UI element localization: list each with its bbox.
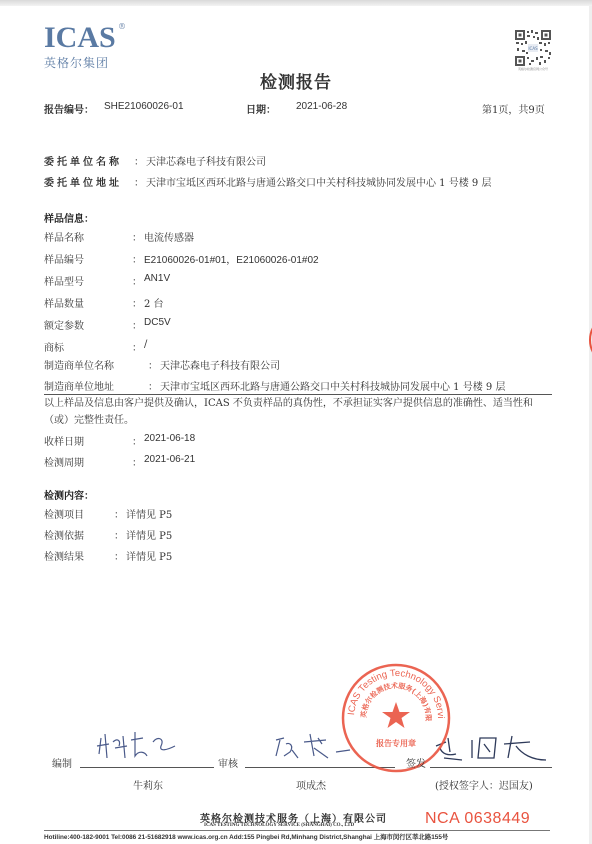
disclaimer: 以上样品及信息由客户提供及确认，ICAS 不负责样品的真伪性，不承担证实客户提供… [44, 395, 544, 429]
report-date: 2021-06-28 [296, 101, 347, 112]
test-value: 详情见 P5 [126, 506, 172, 521]
sample-label: 样品型号 [44, 273, 84, 288]
svg-text:ICAS: ICAS [528, 46, 538, 51]
serial-number: NCA 0638449 [425, 810, 530, 828]
client-address-label: 委托单位地址 [44, 174, 122, 189]
test-label: 检测结果 [44, 548, 84, 563]
sample-value: 2 台 [144, 295, 164, 310]
colon: ： [134, 153, 144, 168]
colon: ： [132, 273, 142, 288]
sample-label: 额定参数 [44, 317, 84, 332]
sample-value: 天津市宝坻区西环北路与唐通公路交口中关村科技城协同发展中心 1 号楼 9 层 [160, 378, 505, 393]
client-address: 天津市宝坻区西环北路与唐通公路交口中关村科技城协同发展中心 1 号楼 9 层 [146, 174, 491, 189]
colon: ： [114, 527, 124, 542]
registered-mark: ® [118, 22, 126, 31]
colon: ： [134, 174, 144, 189]
issued-by-label: 签发 [406, 755, 426, 770]
colon: ： [132, 433, 142, 448]
report-number-label: 报告编号： [44, 101, 94, 116]
test-value: 详情见 P5 [126, 527, 172, 542]
colon: ： [132, 229, 142, 244]
compiled-by-label: 编制 [52, 755, 72, 770]
test-period: 2021-06-21 [144, 454, 195, 465]
test-label: 检测依据 [44, 527, 84, 542]
official-seal-stamp: ICAS Testing Technology Service (Shangha… [340, 662, 452, 774]
report-number: SHE21060026-01 [104, 101, 184, 112]
colon: ： [132, 339, 142, 354]
sample-label: 样品名称 [44, 229, 84, 244]
reviewed-by-name: 项成杰 [296, 777, 326, 792]
test-label: 检测项目 [44, 506, 84, 521]
sample-value: DC5V [144, 317, 171, 328]
footer-company-en: ICAS TESTING TECHNOLOGY SERVICE (SHANGHA… [204, 823, 354, 828]
test-value: 详情见 P5 [126, 548, 172, 563]
colon: ： [132, 251, 142, 266]
colon: ： [114, 506, 124, 521]
sample-label: 样品编号 [44, 251, 84, 266]
sample-label: 制造商单位地址 [44, 378, 114, 393]
sample-value: E21060026-01#01，E21060026-01#02 [144, 251, 319, 266]
sample-value: AN1V [144, 273, 170, 284]
report-title: 检测报告 [0, 68, 592, 93]
compiled-signature [95, 728, 185, 764]
sample-value: / [144, 339, 147, 350]
date-label: 日期： [246, 101, 276, 116]
compiled-by-name: 牛莉东 [133, 777, 163, 792]
scan-top-edge [0, 0, 592, 6]
sample-label: 制造商单位名称 [44, 357, 114, 372]
svg-text:报告专用章: 报告专用章 [376, 738, 416, 748]
test-content-heading: 检测内容： [44, 487, 94, 502]
qr-code-icon: ICAS [515, 30, 551, 66]
page-info: 第1页，共9页 [482, 101, 545, 116]
footer-divider [44, 830, 550, 831]
sample-label: 商标 [44, 339, 64, 354]
logo-wordmark: ICAS [44, 24, 116, 52]
sample-value: 天津芯森电子科技有限公司 [160, 357, 280, 372]
compiled-signature-line [80, 767, 214, 768]
colon: ： [114, 548, 124, 563]
date-row-label: 收样日期 [44, 433, 84, 448]
receive-date: 2021-06-18 [144, 433, 195, 444]
colon: ： [132, 317, 142, 332]
sample-value: 电流传感器 [144, 229, 194, 244]
colon: ： [132, 295, 142, 310]
colon: ： [148, 357, 158, 372]
issued-by-name: (授权签字人：迟国友) [435, 777, 533, 792]
sample-info-heading: 样品信息： [44, 210, 94, 225]
colon: ： [148, 378, 158, 393]
client-name: 天津芯森电子科技有限公司 [146, 153, 266, 168]
colon: ： [132, 454, 142, 469]
footer-contact: Hotiline:400-182-9001 Tel:0086 21-516829… [44, 832, 448, 841]
icas-logo: ICAS ® 英格尔集团 [44, 24, 116, 71]
date-row-label: 检测周期 [44, 454, 84, 469]
reviewed-by-label: 审核 [218, 755, 238, 770]
partial-seal-edge [586, 310, 592, 370]
client-name-label: 委托单位名称 [44, 153, 122, 168]
sample-label: 样品数量 [44, 295, 84, 310]
